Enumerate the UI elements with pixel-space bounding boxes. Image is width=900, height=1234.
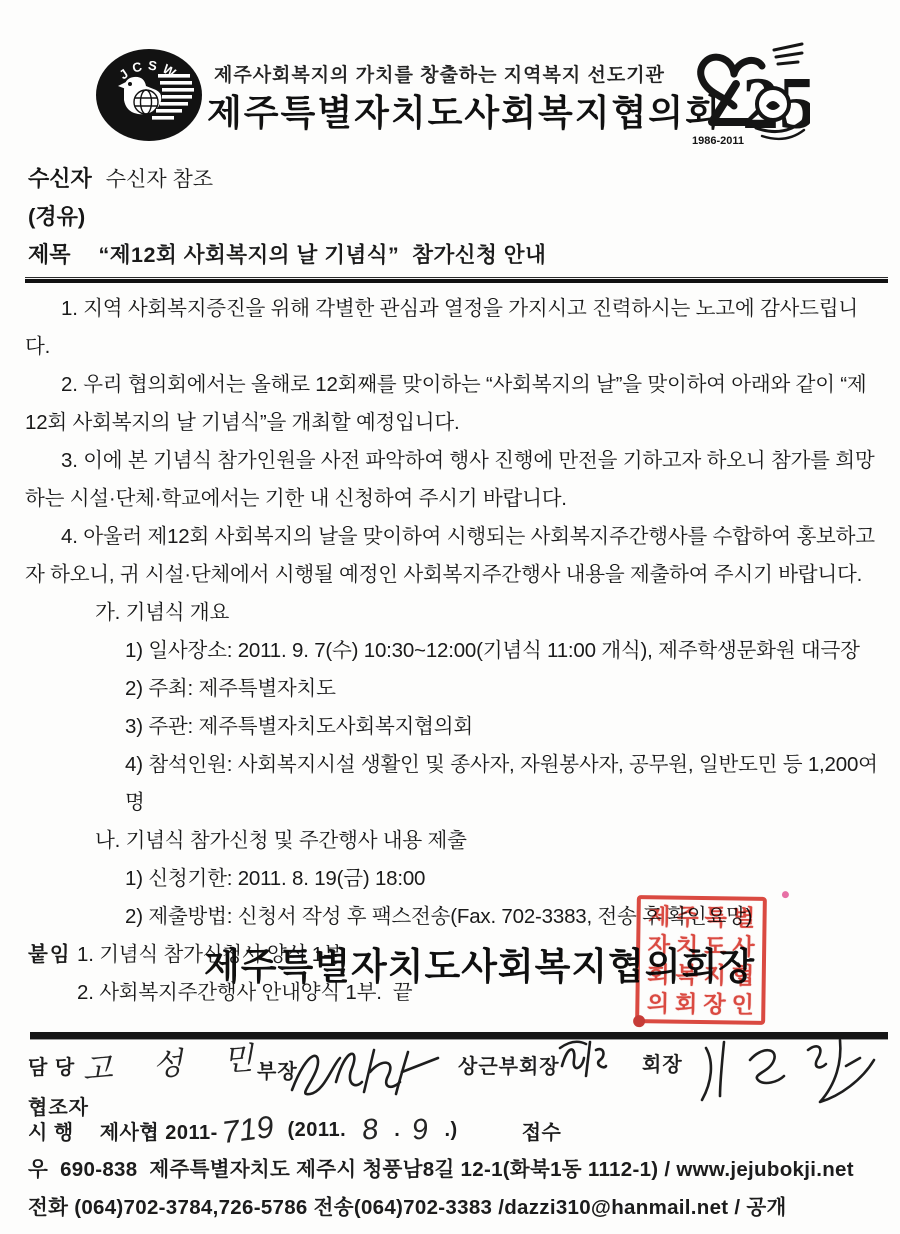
recipient-row: 수신자수신자 참조 xyxy=(28,162,213,193)
sanggeun-buhoejang-signature xyxy=(552,1036,608,1082)
damdang-label: 담 당 xyxy=(28,1051,75,1080)
section-b-item: 2) 제출방법: 신청서 작성 후 팩스전송(Fax. 702-3383, 전송… xyxy=(125,898,882,936)
hoejang-signature xyxy=(688,1036,886,1118)
section-b-title: 나. 기념식 참가신청 및 주간행사 내용 제출 xyxy=(95,822,882,860)
dispatch-label: 시 행 xyxy=(28,1116,74,1145)
dispatch-month-handwritten: 8 xyxy=(360,1113,380,1148)
section-a-title: 가. 기념식 개요 xyxy=(95,594,882,632)
seal-row: 제주특별 xyxy=(640,903,762,931)
official-red-seal: 제주특별 자치도사 회복지협 의회장인 xyxy=(635,895,767,1025)
attachment-label: 붙임 xyxy=(28,936,72,974)
org-name: 제주특별자치도사회복지협의회 xyxy=(207,85,722,136)
section-a-item: 1) 일사장소: 2011. 9. 7(수) 10:30~12:00(기념식 1… xyxy=(125,632,882,670)
via-label: (경유) xyxy=(28,204,85,229)
anniversary-years: 1986-2011 xyxy=(692,135,744,147)
body-paragraph: 2. 우리 협의회에서는 올해로 12회째를 맞이하는 “사회복지의 날”을 맞… xyxy=(25,366,882,442)
receipt-label: 접수 xyxy=(522,1116,562,1145)
section-a-item: 3) 주관: 제주특별자치도사회복지협의회 xyxy=(125,708,882,746)
scanned-official-letter: JCSW 제주사회복지의 가치를 창출하는 지역복지 선도기관 제주특별자치도사… xyxy=(0,0,900,1234)
via-row: (경유) xyxy=(28,200,85,231)
dispatch-date-close: .) xyxy=(444,1119,457,1142)
dispatch-day-handwritten: 9 xyxy=(410,1113,430,1148)
seal-ink-blot xyxy=(633,1015,645,1027)
seal-row: 회복지협 xyxy=(640,961,762,989)
subject-value: “제12회 사회복지의 날 기념식” 참가신청 안내 xyxy=(99,243,547,267)
anniversary-25-logo-icon: 25 1986-2011 xyxy=(690,40,810,152)
header-divider xyxy=(25,277,888,283)
recipient-value: 수신자 참조 xyxy=(106,168,213,191)
hoejang-label: 회장 xyxy=(642,1048,683,1077)
doc-number-printed: 제사협 2011- xyxy=(100,1116,218,1145)
body-paragraph: 3. 이에 본 기념식 참가인원을 사전 파악하여 행사 진행에 만전을 기하고… xyxy=(25,442,882,518)
section-a-item: 2) 주최: 제주특별자치도 xyxy=(125,670,882,708)
subject-label: 제목 xyxy=(28,242,71,267)
body-paragraph: 1. 지역 사회복지증진을 위해 각별한 관심과 열정을 가지시고 진력하시는 … xyxy=(25,290,882,366)
bujang-signature xyxy=(286,1038,454,1100)
subject-row: 제목“제12회 사회복지의 날 기념식” 참가신청 안내 xyxy=(28,238,546,269)
section-b-item: 1) 신청기한: 2011. 8. 19(금) 18:00 xyxy=(125,860,882,898)
doc-number-handwritten: 719 xyxy=(220,1109,276,1151)
seal-row: 의회장인 xyxy=(639,990,761,1018)
dispatch-date-open: (2011. xyxy=(288,1119,347,1142)
org-tagline: 제주사회복지의 가치를 창출하는 지역복지 선도기관 xyxy=(214,60,694,87)
section-a-item: 4) 참석인원: 사회복지시설 생활인 및 종사자, 자원봉사자, 공무원, 일… xyxy=(125,746,882,822)
recipient-label: 수신자 xyxy=(28,166,92,191)
postal-address: 우 690-838 제주특별자치도 제주시 청풍남8길 12-1(화북1동 11… xyxy=(28,1152,854,1182)
jcsw-dove-logo-icon: JCSW xyxy=(94,46,204,144)
dispatch-date-dot: . xyxy=(394,1119,400,1142)
seal-row: 자치도사 xyxy=(640,932,762,960)
sanggeun-buhoejang-label: 상근부회장 xyxy=(458,1050,560,1079)
dispatch-row: 시 행 제사협 2011- 719 (2011. 8 . 9 .) 접수 xyxy=(28,1112,868,1148)
phone-fax-line: 전화 (064)702-3784,726-5786 전송(064)702-338… xyxy=(28,1190,787,1220)
body-paragraph: 4. 아울러 제12회 사회복지의 날을 맞이하여 시행되는 사회복지주간행사를… xyxy=(25,518,882,594)
damdang-handwritten-name: 고 성 민 xyxy=(81,1032,271,1090)
seal-ink-speck xyxy=(782,891,789,898)
